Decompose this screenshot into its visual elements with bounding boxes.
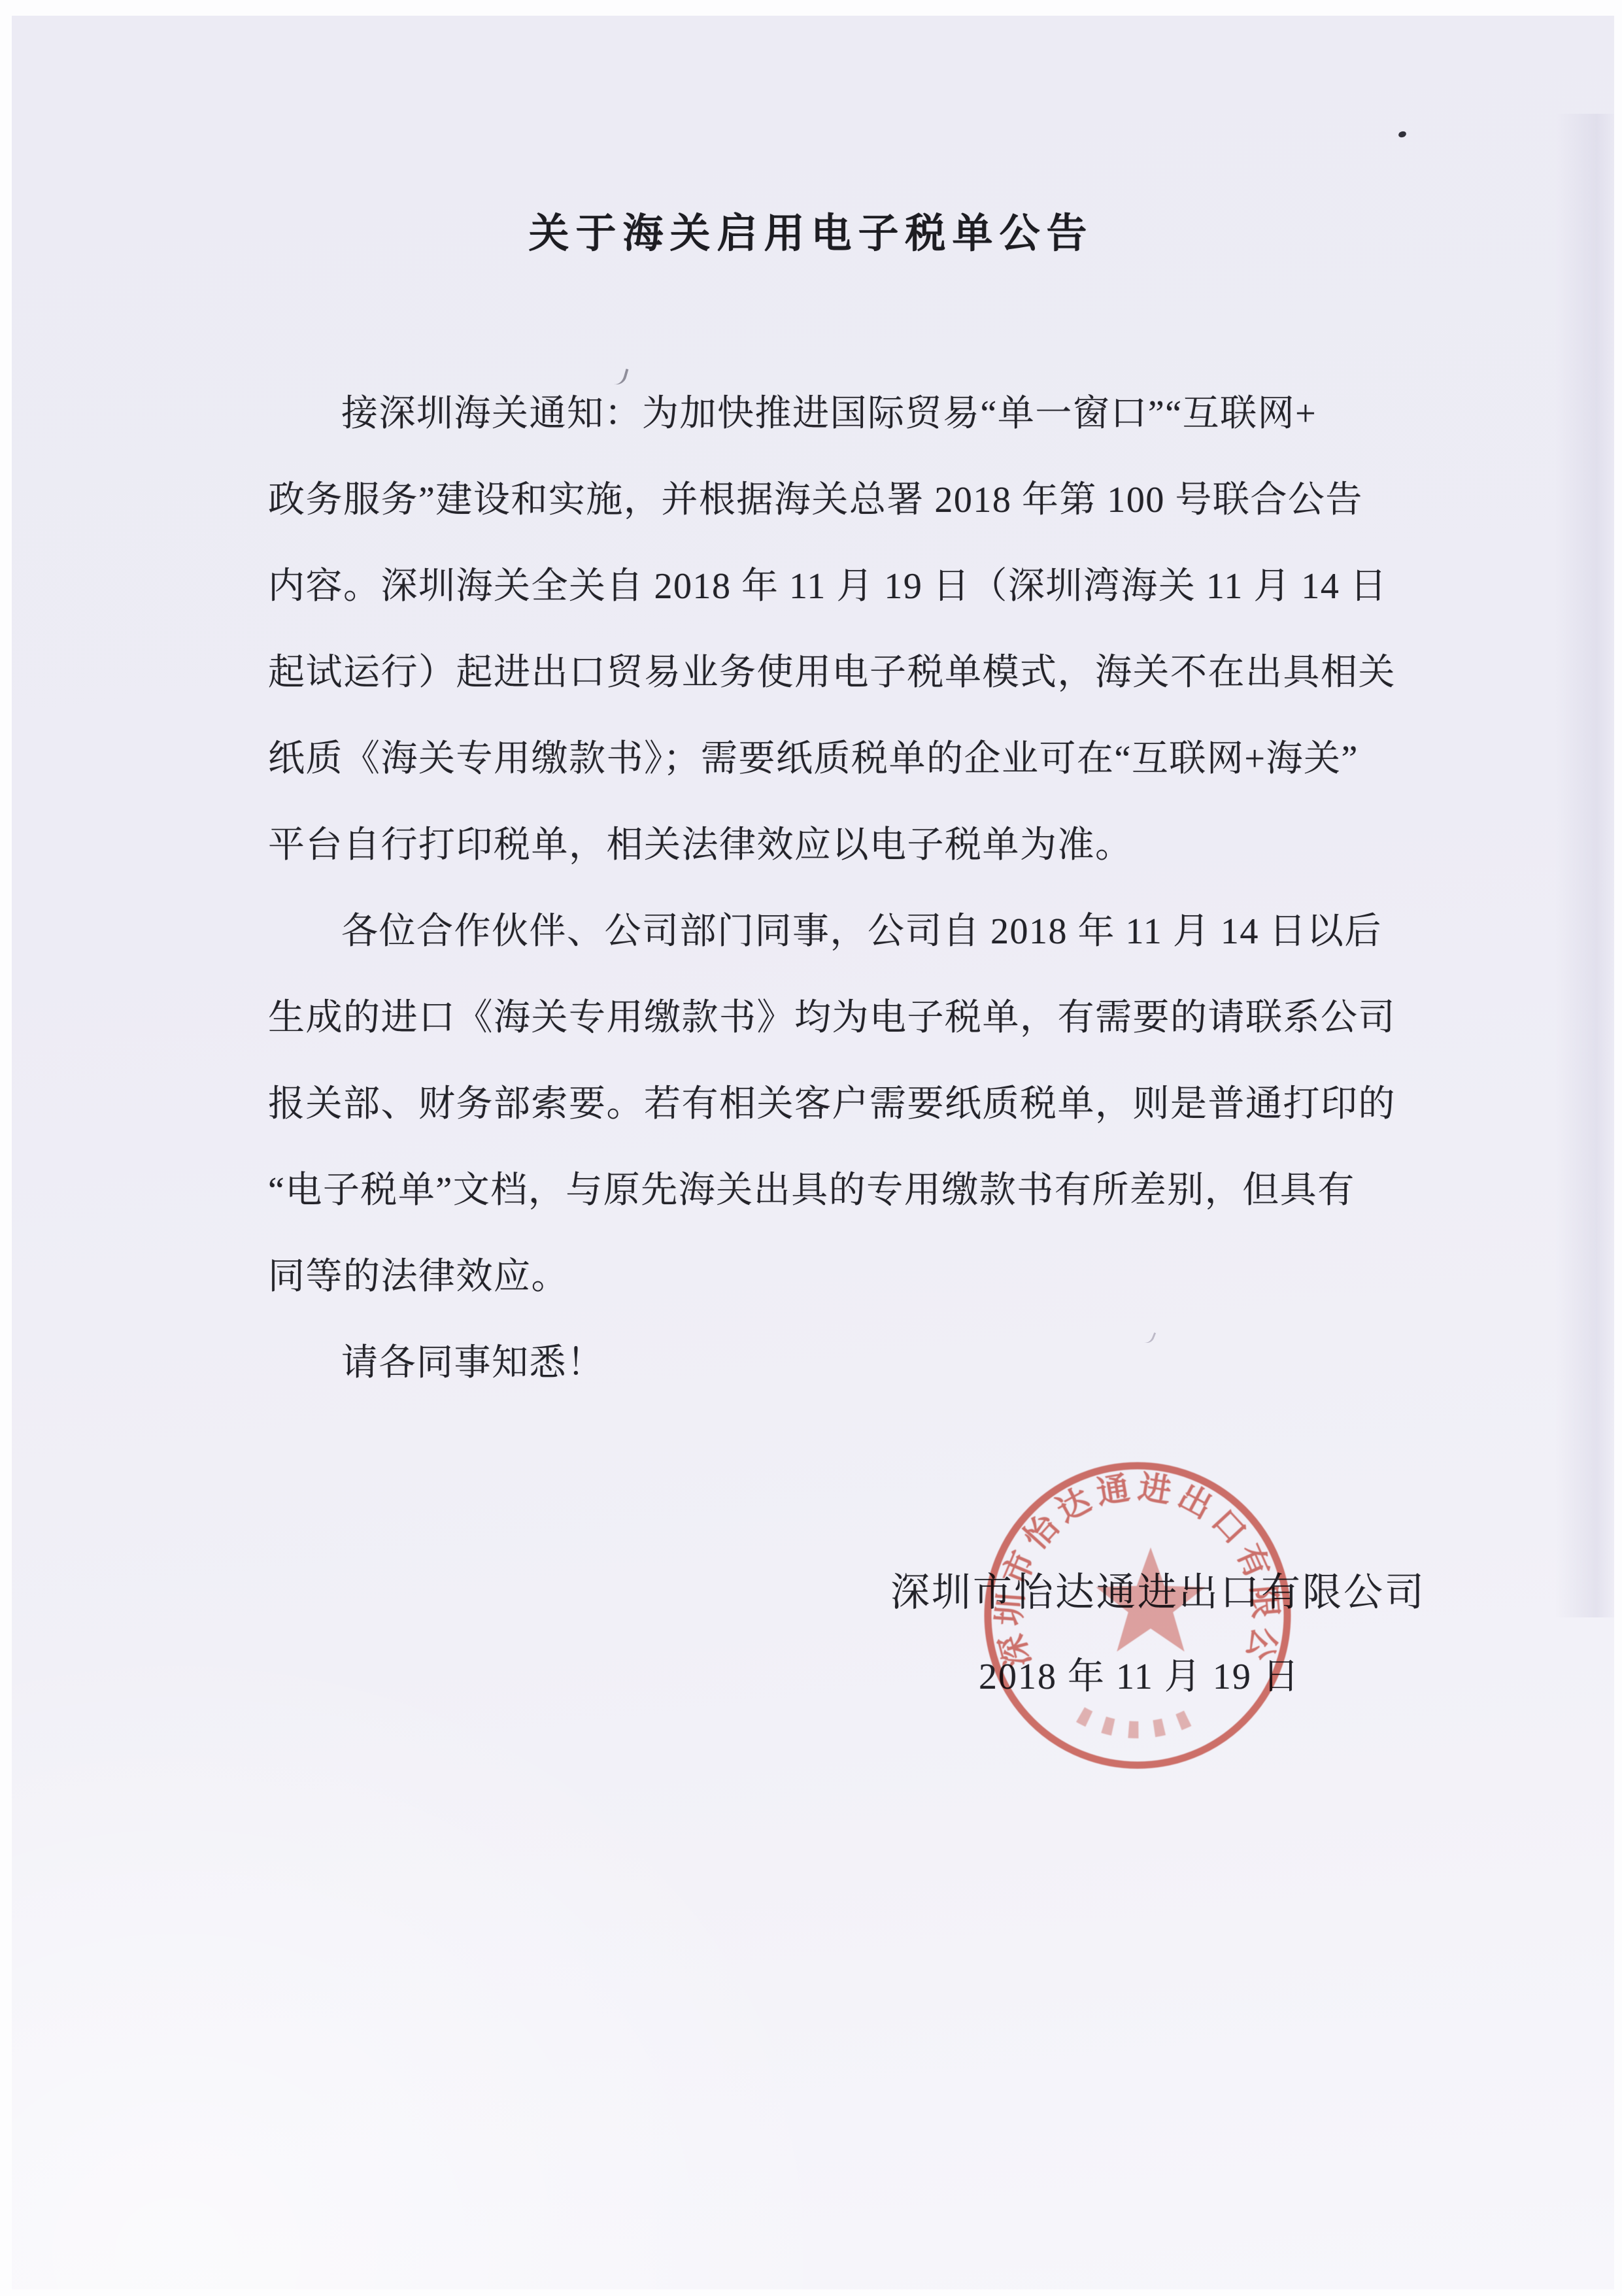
body-line: 政务服务”建设和实施，并根据海关总署 2018 年第 100 号联合公告: [268, 477, 1363, 523]
body-line: 各位合作伙伴、公司部门同事，公司自 2018 年 11 月 14 日以后: [341, 909, 1382, 954]
body-line: 纸质《海关专用缴款书》；需要纸质税单的企业可在“互联网+海关”: [268, 736, 1359, 782]
scan-edge-shade: [1555, 114, 1614, 1617]
paper-sheet: [12, 16, 1614, 2289]
document-title: 关于海关启用电子税单公告: [0, 201, 1622, 267]
seal-star: [1096, 1547, 1205, 1651]
body-line: 请各同事知悉！: [341, 1340, 605, 1386]
body-line: 生成的进口《海关专用缴款书》均为电子税单，有需要的请联系公司: [268, 995, 1396, 1041]
seal-arc-text: 深圳市怡达通进出口有限公司: [941, 1419, 1285, 1672]
body-line: 平台自行打印税单，相关法律效应以电子税单为准。: [268, 822, 1133, 868]
body-line: 起试运行）起进出口贸易业务使用电子税单模式，海关不在出具相关: [268, 650, 1396, 696]
body-line: 报关部、财务部索要。若有相关客户需要纸质税单，则是普通打印的: [268, 1081, 1396, 1127]
body-line: 内容。深圳海关全关自 2018 年 11 月 19 日（深圳湾海关 11 月 1…: [268, 564, 1387, 609]
company-seal: 深圳市怡达通进出口有限公司: [941, 1419, 1334, 1824]
scanned-notice-page: 关于海关启用电子税单公告 接深圳海关通知：为加快推进国际贸易“单一窗口”“互联网…: [0, 0, 1622, 2296]
seal-arc-text-holder: 深圳市怡达通进出口有限公司: [941, 1419, 1285, 1672]
scan-light-area: [12, 1570, 927, 2289]
body-line: “电子税单”文档，与原先海关出具的专用缴款书有所差别，但具有: [268, 1168, 1355, 1213]
body-line: 接深圳海关通知：为加快推进国际贸易“单一窗口”“互联网+: [341, 391, 1317, 437]
body-line: 同等的法律效应。: [268, 1254, 569, 1300]
seal-bottom-marks: [1081, 1715, 1195, 1730]
